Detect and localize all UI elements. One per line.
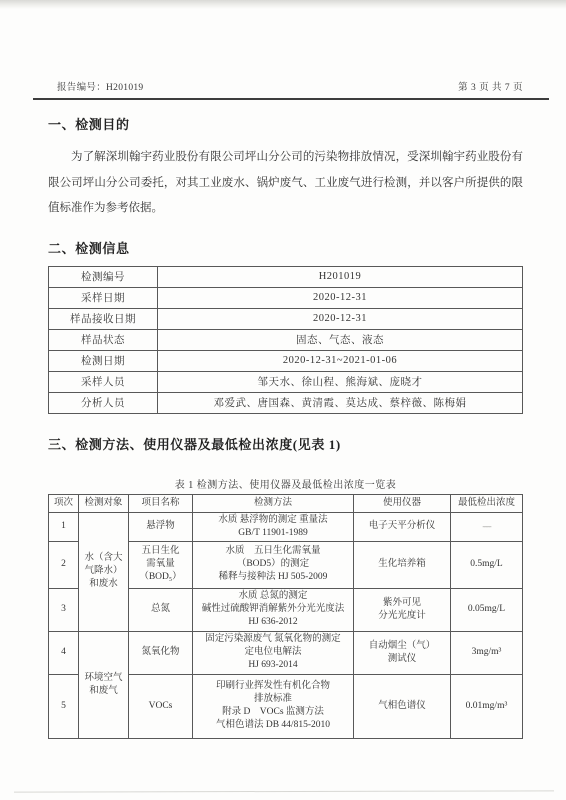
- col-header-object: 检测对象: [79, 494, 129, 512]
- col-header-item: 项目名称: [129, 494, 193, 512]
- info-row: 检测编号 H201019: [49, 266, 523, 287]
- info-value: 固态、气态、液态: [158, 329, 523, 350]
- instrument-cell: 生化培养箱: [354, 541, 451, 588]
- row-index: 5: [49, 674, 79, 738]
- method-cell: 水质 悬浮物的测定 重量法 GB/T 11901-1989: [193, 512, 354, 541]
- info-label: 检测编号: [49, 266, 158, 287]
- info-row: 采样日期 2020-12-31: [49, 287, 523, 308]
- info-row: 样品状态 固态、气态、液态: [49, 329, 523, 350]
- info-value: 2020-12-31~2021-01-06: [158, 350, 523, 371]
- col-header-detection-limit: 最低检出浓度: [451, 494, 523, 512]
- row-index: 1: [49, 512, 79, 541]
- info-row: 样品接收日期 2020-12-31: [49, 308, 523, 329]
- info-label: 样品状态: [49, 329, 158, 350]
- header-rule: [33, 98, 549, 100]
- method-cell: 水质 总氮的测定 碱性过硫酸钾消解紫外分光光度法 HJ 636-2012: [193, 588, 354, 631]
- methods-header-row: 项次 检测对象 项目名称 检测方法 使用仪器 最低检出浓度: [49, 494, 523, 512]
- detection-limit-cell: 0.05mg/L: [451, 588, 523, 631]
- page-header: 报告编号：H201019 第 3 页 共 7 页: [48, 79, 523, 93]
- scanned-report-page: 报告编号：H201019 第 3 页 共 7 页 一、检测目的 为了解深圳翰宇药…: [0, 0, 566, 800]
- methods-table: 项次 检测对象 项目名称 检测方法 使用仪器 最低检出浓度 1 水（含大 气降水…: [48, 494, 523, 739]
- item-name-cell: 悬浮物: [129, 512, 193, 541]
- row-index: 3: [49, 588, 79, 631]
- item-name-cell: VOCs: [129, 674, 193, 738]
- methods-row: 1 水（含大 气降水） 和废水 悬浮物 水质 悬浮物的测定 重量法 GB/T 1…: [49, 512, 523, 541]
- col-header-instrument: 使用仪器: [354, 494, 451, 512]
- page-content: 报告编号：H201019 第 3 页 共 7 页 一、检测目的 为了解深圳翰宇药…: [0, 0, 566, 739]
- info-value: 邹天水、徐山程、熊海斌、庞晓才: [158, 371, 523, 392]
- table-caption: 表 1 检测方法、使用仪器及最低检出浓度一览表: [48, 476, 523, 491]
- section-info-title: 二、检测信息: [48, 238, 523, 257]
- scan-edge-bottom: [14, 790, 554, 792]
- detection-limit-cell: -----: [451, 512, 523, 541]
- info-label: 采样人员: [49, 371, 158, 392]
- info-table: 检测编号 H201019 采样日期 2020-12-31 样品接收日期 2020…: [48, 266, 523, 414]
- info-label: 分析人员: [49, 392, 158, 413]
- info-label: 采样日期: [49, 287, 158, 308]
- info-value: 邓爱武、唐国森、黄清霞、莫达成、蔡梓薇、陈梅娟: [158, 392, 523, 413]
- info-value: H201019: [158, 266, 523, 287]
- instrument-cell: 紫外可见 分光光度计: [354, 588, 451, 631]
- detection-limit-cell: 0.01mg/m³: [451, 674, 523, 738]
- item-name-cell: 氮氧化物: [129, 631, 193, 674]
- info-label: 样品接收日期: [49, 308, 158, 329]
- methods-row: 4 环境空气 和废气 氮氧化物 固定污染源废气 氮氧化物的测定 定电位电解法 H…: [49, 631, 523, 674]
- row-index: 2: [49, 541, 79, 588]
- item-name-cell: 总氮: [129, 588, 193, 631]
- info-value: 2020-12-31: [158, 308, 523, 329]
- info-value: 2020-12-31: [158, 287, 523, 308]
- purpose-paragraph: 为了解深圳翰宇药业股份有限公司坪山分公司的污染物排放情况，受深圳翰宇药业股份有限…: [48, 145, 523, 222]
- report-number: 报告编号：H201019: [57, 79, 143, 93]
- info-row: 分析人员 邓爱武、唐国森、黄清霞、莫达成、蔡梓薇、陈梅娟: [49, 392, 523, 413]
- info-row: 采样人员 邹天水、徐山程、熊海斌、庞晓才: [49, 371, 523, 392]
- page-indicator: 第 3 页 共 7 页: [458, 79, 523, 93]
- instrument-cell: 自动烟尘（气） 测试仪: [354, 631, 451, 674]
- method-cell: 水质 五日生化需氧量 （BOD5）的测定 稀释与接种法 HJ 505-2009: [193, 541, 354, 588]
- instrument-cell: 气相色谱仪: [354, 674, 451, 738]
- method-cell: 固定污染源废气 氮氧化物的测定 定电位电解法 HJ 693-2014: [193, 631, 354, 674]
- report-number-label: 报告编号：: [57, 83, 106, 93]
- col-header-method: 检测方法: [193, 494, 354, 512]
- col-header-index: 项次: [49, 494, 79, 512]
- section-methods-title: 三、检测方法、使用仪器及最低检出浓度(见表 1): [48, 434, 523, 453]
- method-cell: 印刷行业挥发性有机化合物 排放标准 附录 D VOCs 监测方法 气相色谱法 D…: [193, 674, 354, 738]
- detection-limit-cell: 0.5mg/L: [451, 541, 523, 588]
- row-index: 4: [49, 631, 79, 674]
- section-purpose-title: 一、检测目的: [48, 114, 523, 133]
- info-row: 检测日期 2020-12-31~2021-01-06: [49, 350, 523, 371]
- test-object-cell: 水（含大 气降水） 和废水: [79, 512, 129, 631]
- report-number-value: H201019: [106, 83, 143, 93]
- item-name-cell: 五日生化 需氧量 （BOD₅）: [129, 541, 193, 588]
- detection-limit-cell: 3mg/m³: [451, 631, 523, 674]
- test-object-cell: 环境空气 和废气: [79, 631, 129, 738]
- instrument-cell: 电子天平分析仪: [354, 512, 451, 541]
- info-label: 检测日期: [49, 350, 158, 371]
